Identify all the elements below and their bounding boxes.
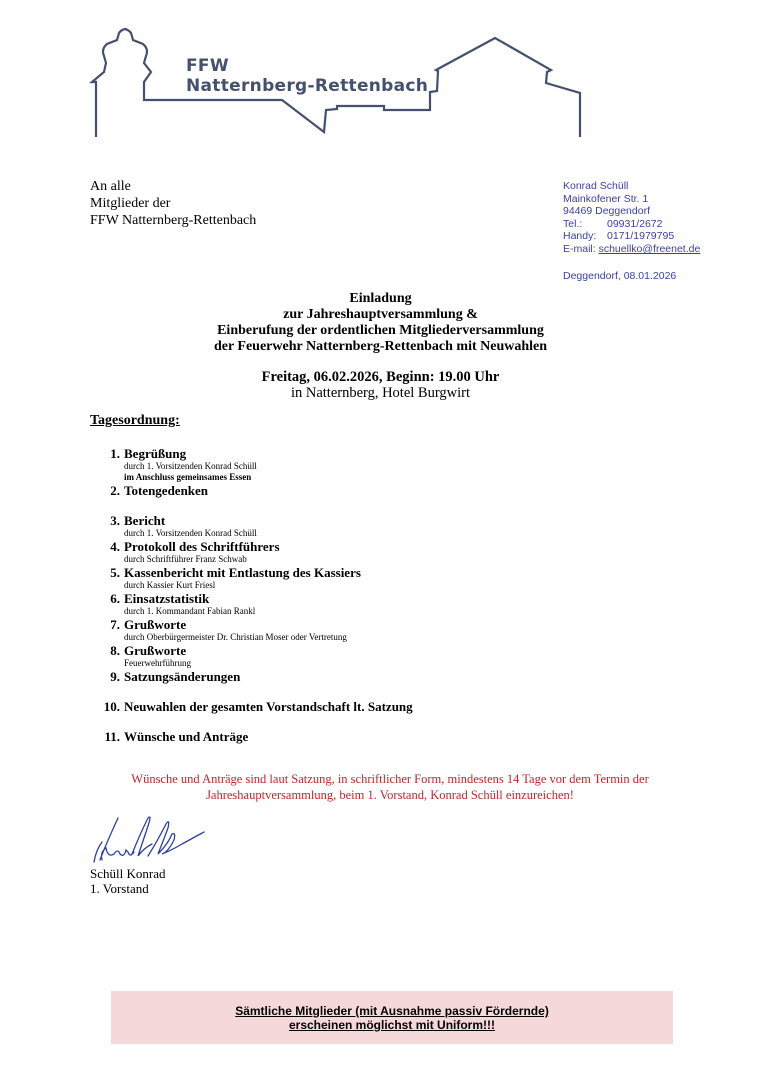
agenda-item: 1.Begrüßungdurch 1. Vorsitzenden Konrad …	[90, 446, 690, 483]
invitation-title: Einladung zur Jahreshauptversammlung & E…	[0, 291, 761, 355]
deadline-note: Wünsche und Anträge sind laut Satzung, i…	[0, 771, 761, 803]
agenda-item-title: Einsatzstatistik	[124, 591, 690, 606]
agenda-item-presenter: durch 1. Vorsitzenden Konrad Schüll	[124, 461, 690, 472]
agenda-item: 4.Protokoll des Schriftführersdurch Schr…	[90, 539, 690, 565]
place-date: Deggendorf, 08.01.2026	[563, 270, 700, 283]
agenda-item-number: 4.	[90, 539, 120, 555]
uniform-notice-box: Sämtliche Mitglieder (mit Ausnahme passi…	[111, 991, 673, 1044]
agenda-item-number: 10.	[90, 699, 120, 715]
agenda-item-title: Totengedenken	[124, 483, 690, 498]
agenda-item: 10.Neuwahlen der gesamten Vorstandschaft…	[90, 699, 690, 714]
logo-skyline-outline	[0, 0, 761, 140]
note-line: Jahreshauptversammlung, beim 1. Vorstand…	[0, 787, 761, 803]
agenda-item-number: 6.	[90, 591, 120, 607]
logo-ffw-text: FFW	[186, 56, 229, 76]
sender-tel-row: Tel.:09931/2672	[563, 218, 700, 231]
agenda-item-title: Bericht	[124, 513, 690, 528]
agenda-item-title: Grußworte	[124, 643, 690, 658]
sender-name: Konrad Schüll	[563, 180, 700, 193]
notice-line: erscheinen möglichst mit Uniform!!!	[111, 1018, 673, 1032]
agenda-item-title: Begrüßung	[124, 446, 690, 461]
tel-label: Tel.:	[563, 218, 607, 231]
event-details: Freitag, 06.02.2026, Beginn: 19.00 Uhr i…	[0, 369, 761, 401]
agenda-item: 2.Totengedenken	[90, 483, 690, 498]
signatory: Schüll Konrad 1. Vorstand	[90, 866, 165, 896]
agenda-heading: Tagesordnung:	[90, 413, 180, 429]
title-line: der Feuerwehr Natternberg-Rettenbach mit…	[0, 339, 761, 355]
agenda-item: 8.GrußworteFeuerwehrführung	[90, 643, 690, 669]
sender-street: Mainkofener Str. 1	[563, 193, 700, 206]
agenda-list: 1.Begrüßungdurch 1. Vorsitzenden Konrad …	[90, 446, 690, 744]
agenda-item-title: Neuwahlen der gesamten Vorstandschaft lt…	[124, 699, 690, 714]
agenda-item-presenter: Feuerwehrführung	[124, 658, 690, 669]
sender-city: 94469 Deggendorf	[563, 205, 700, 218]
email-link[interactable]: schuellko@freenet.de	[599, 243, 701, 255]
agenda-item: 7.Grußwortedurch Oberbürgermeister Dr. C…	[90, 617, 690, 643]
agenda-item-number: 1.	[90, 446, 120, 462]
recipient-line: Mitglieder der	[90, 195, 256, 212]
title-line: Einberufung der ordentlichen Mitgliederv…	[0, 323, 761, 339]
title-line: Einladung	[0, 291, 761, 307]
signatory-role: 1. Vorstand	[90, 881, 165, 896]
agenda-item: 9.Satzungsänderungen	[90, 669, 690, 684]
agenda-item: 11.Wünsche und Anträge	[90, 729, 690, 744]
agenda-item-number: 3.	[90, 513, 120, 529]
agenda-item: 6.Einsatzstatistikdurch 1. Kommandant Fa…	[90, 591, 690, 617]
email-label: E-mail:	[563, 243, 596, 255]
agenda-item-number: 8.	[90, 643, 120, 659]
recipient-address: An alle Mitglieder der FFW Natternberg-R…	[90, 178, 256, 229]
agenda-item-number: 5.	[90, 565, 120, 581]
mobile-value: 0171/1979795	[607, 230, 674, 242]
agenda-item-title: Kassenbericht mit Entlastung des Kassier…	[124, 565, 690, 580]
sender-mobile-row: Handy:0171/1979795	[563, 230, 700, 243]
agenda-item-number: 11.	[90, 729, 120, 745]
recipient-line: FFW Natternberg-Rettenbach	[90, 212, 256, 229]
agenda-item-number: 9.	[90, 669, 120, 685]
sender-address: Konrad Schüll Mainkofener Str. 1 94469 D…	[563, 180, 700, 282]
note-line: Wünsche und Anträge sind laut Satzung, i…	[0, 771, 761, 787]
event-location: in Natternberg, Hotel Burgwirt	[0, 385, 761, 401]
mobile-label: Handy:	[563, 230, 607, 243]
agenda-item-number: 2.	[90, 483, 120, 499]
agenda-item: 5.Kassenbericht mit Entlastung des Kassi…	[90, 565, 690, 591]
recipient-line: An alle	[90, 178, 256, 195]
agenda-item-presenter: durch Kassier Kurt Friesl	[124, 580, 690, 591]
signature-image	[92, 814, 212, 866]
agenda-item: 3.Berichtdurch 1. Vorsitzenden Konrad Sc…	[90, 513, 690, 539]
agenda-item-number: 7.	[90, 617, 120, 633]
agenda-item-title: Protokoll des Schriftführers	[124, 539, 690, 554]
agenda-item-presenter: durch 1. Kommandant Fabian Rankl	[124, 606, 690, 617]
agenda-item-note: im Anschluss gemeinsames Essen	[124, 472, 690, 483]
title-line: zur Jahreshauptversammlung &	[0, 307, 761, 323]
agenda-item-title: Wünsche und Anträge	[124, 729, 690, 744]
sender-email-row: E-mail: schuellko@freenet.de	[563, 243, 700, 256]
logo-organization-name: Natternberg-Rettenbach	[186, 76, 428, 96]
signatory-name: Schüll Konrad	[90, 866, 165, 881]
tel-value: 09931/2672	[607, 218, 662, 230]
agenda-item-presenter: durch Schriftführer Franz Schwab	[124, 554, 690, 565]
agenda-item-title: Grußworte	[124, 617, 690, 632]
agenda-item-presenter: durch 1. Vorsitzenden Konrad Schüll	[124, 528, 690, 539]
notice-line: Sämtliche Mitglieder (mit Ausnahme passi…	[111, 1004, 673, 1018]
event-datetime: Freitag, 06.02.2026, Beginn: 19.00 Uhr	[0, 369, 761, 385]
agenda-item-presenter: durch Oberbürgermeister Dr. Christian Mo…	[124, 632, 690, 643]
agenda-item-title: Satzungsänderungen	[124, 669, 690, 684]
